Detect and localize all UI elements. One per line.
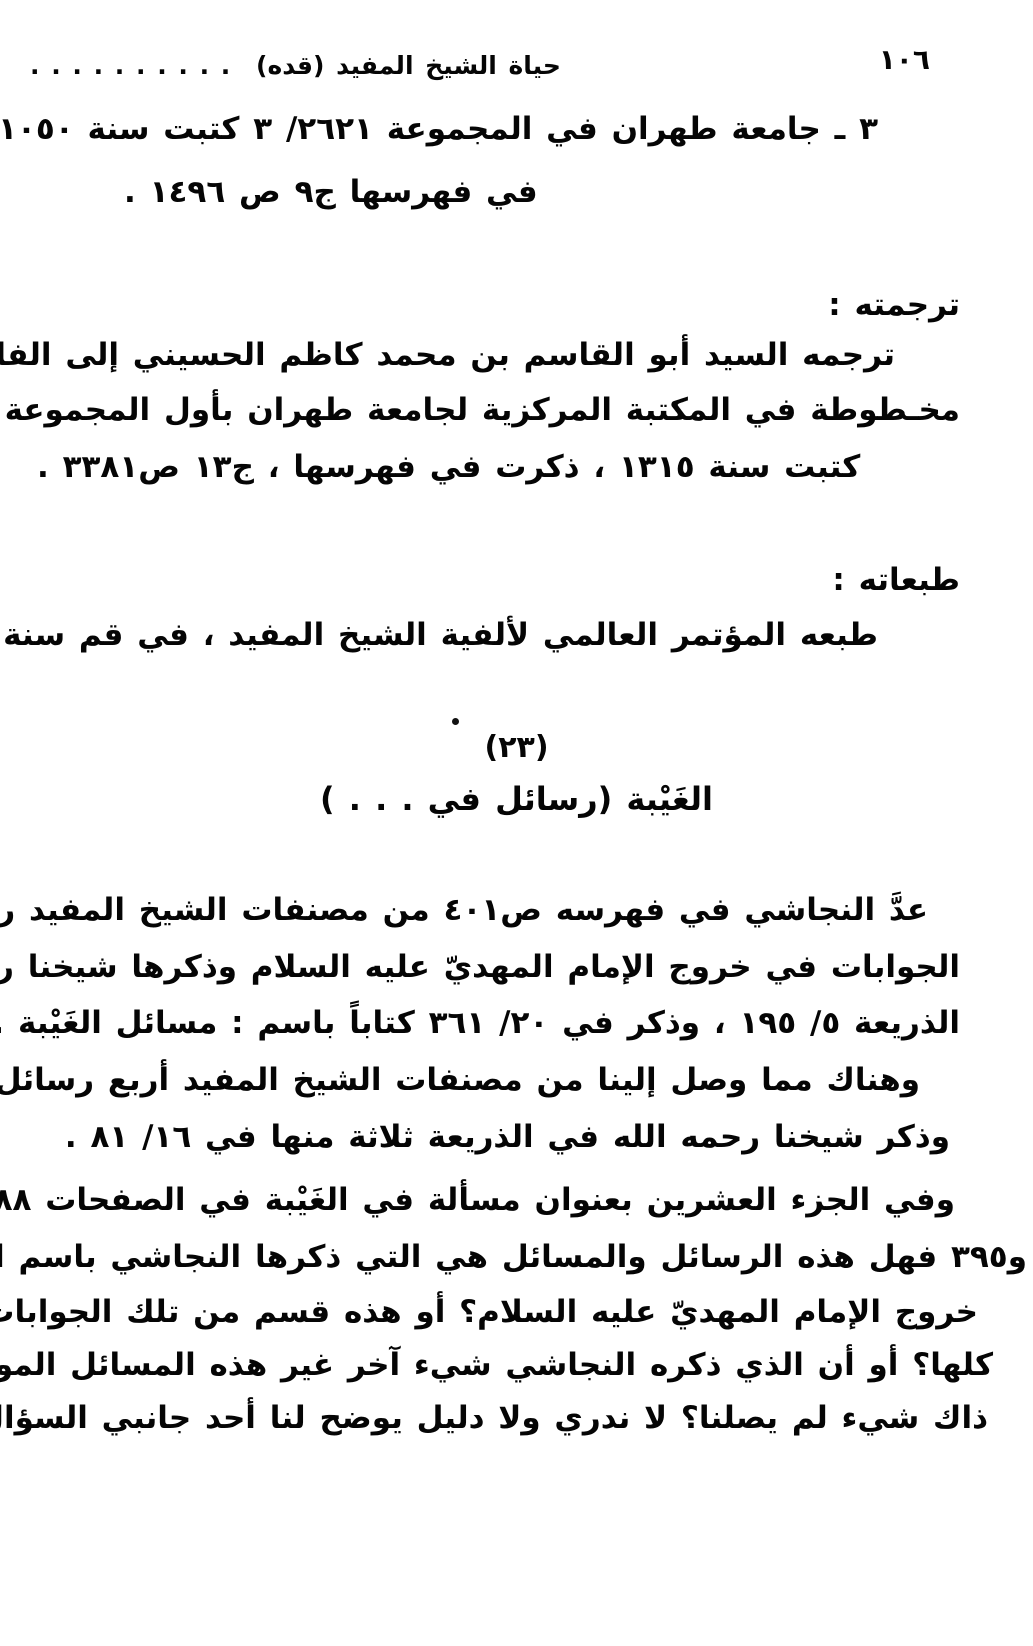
running-title: حياة الشيخ المفيد (قده) bbox=[256, 51, 561, 80]
body-line: وهناك مما وصل إلينا من مصنفات الشيخ المف… bbox=[0, 1058, 920, 1102]
body-line: ذاك شيء لم يصلنا؟ لا ندري ولا دليل يوضح … bbox=[0, 1396, 988, 1440]
entry-title: الغَيْبة (رسائل في . . . ) bbox=[0, 777, 1033, 821]
translation-line: مخـطوطة في المكتبة المركزية لجامعة طهران… bbox=[0, 388, 960, 432]
running-header: حياة الشيخ المفيد (قده) . . . . . . . . … bbox=[30, 44, 561, 88]
body-line: كلها؟ أو أن الذي ذكره النجاشي شيء آخر غي… bbox=[0, 1343, 993, 1387]
book-page: ١٠٦ حياة الشيخ المفيد (قده) . . . . . . … bbox=[0, 0, 1033, 1646]
copies-item-line: ٣ ـ جامعة طهران في المجموعة ٢٦٢١/ ٣ كتبت… bbox=[0, 107, 878, 151]
body-line: وذكر شيخنا رحمه الله في الذريعة ثلاثة من… bbox=[65, 1115, 950, 1159]
entry-number: (٢٣) bbox=[0, 726, 1033, 770]
copies-item-line: في فهرسها ج٩ ص ١٤٩٦ . bbox=[124, 170, 538, 214]
editions-heading: طبعاته : bbox=[832, 558, 960, 602]
editions-line: طبعه المؤتمر العالمي لألفية الشيخ المفيد… bbox=[0, 613, 878, 657]
page-number: ١٠٦ bbox=[879, 38, 930, 82]
body-line: و٣٩٥ فهل هذه الرسائل والمسائل هي التي ذك… bbox=[0, 1235, 1027, 1279]
leader-dots: . . . . . . . . . . bbox=[30, 51, 230, 80]
translation-heading: ترجمته : bbox=[828, 283, 960, 327]
body-line: خروج الإمام المهديّ عليه السلام؟ أو هذه … bbox=[0, 1290, 978, 1334]
body-line: الذريعة ٥/ ١٩٥ ، وذكر في ٢٠/ ٣٦١ كتاباً … bbox=[0, 1001, 960, 1045]
print-dot-mark bbox=[452, 718, 459, 725]
body-line: وفي الجزء العشرين بعنوان مسألة في الغَيْ… bbox=[0, 1178, 955, 1222]
body-line: الجوابات في خروج الإمام المهديّ عليه الس… bbox=[0, 945, 960, 989]
translation-line: ترجمه السيد أبو القاسم بن محمد كاظم الحس… bbox=[0, 333, 895, 377]
body-line: عدَّ النجاشي في فهرسه ص٤٠١ من مصنفات الش… bbox=[0, 888, 928, 932]
translation-line: كتبت سنة ١٣١٥ ، ذكرت في فهرسها ، ج١٣ ص٣٣… bbox=[37, 445, 860, 489]
